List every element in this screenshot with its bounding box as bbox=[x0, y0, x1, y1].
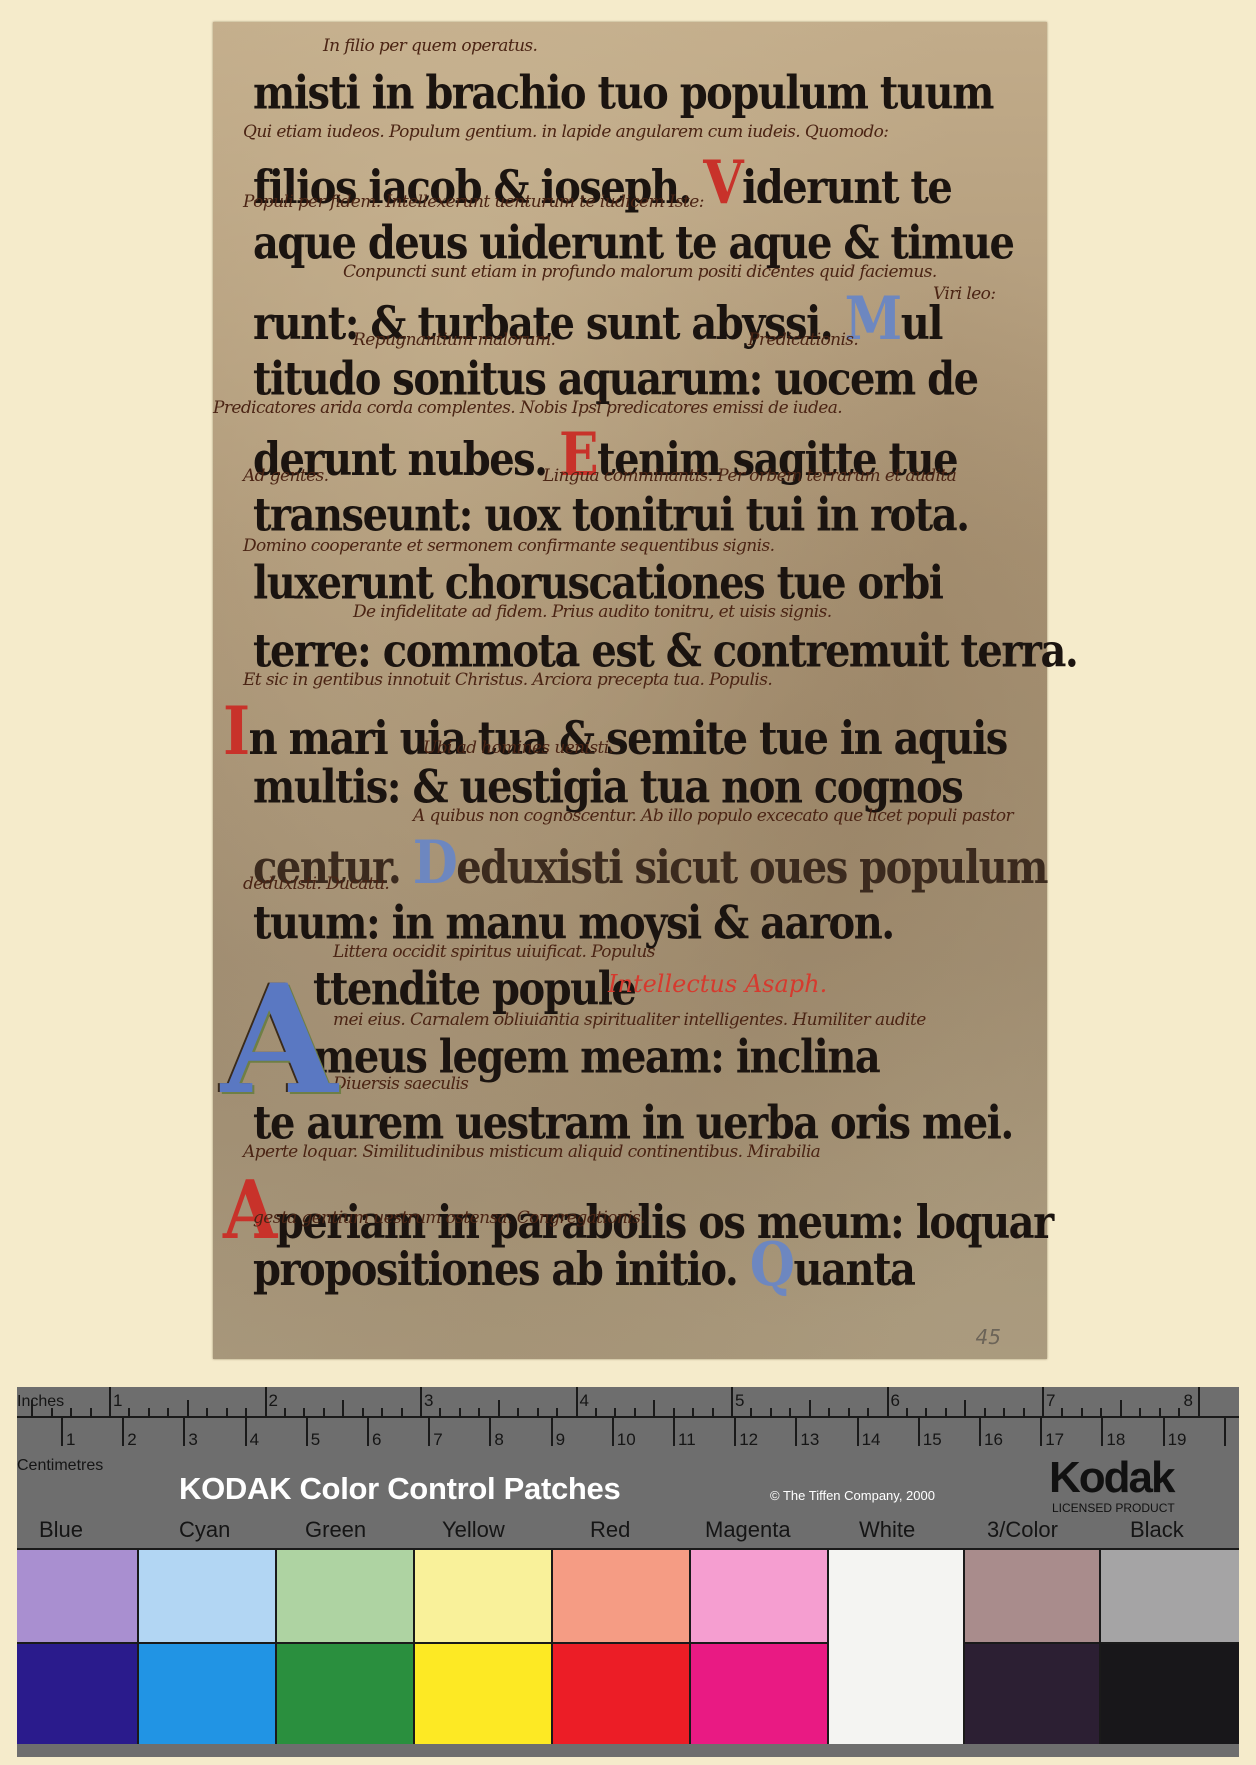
patch-light-3-color bbox=[965, 1550, 1101, 1644]
cm-tick bbox=[61, 1418, 63, 1446]
inch-tick bbox=[439, 1408, 441, 1416]
patch-dark-blue bbox=[17, 1644, 139, 1744]
cm-mark: 10 bbox=[617, 1430, 636, 1450]
patch-dark-cyan bbox=[139, 1644, 277, 1744]
red-initial: I bbox=[223, 692, 249, 770]
gloss-line: Diuersis saeculis bbox=[333, 1074, 1047, 1094]
gloss-line: De infidelitate ad fidem. Prius audito t… bbox=[353, 602, 1047, 622]
inch-tick bbox=[1003, 1408, 1005, 1416]
cm-tick bbox=[673, 1418, 675, 1446]
inch-mark: 6 bbox=[891, 1391, 900, 1411]
patch-label-red: Red bbox=[590, 1517, 630, 1543]
cm-mark: 8 bbox=[494, 1430, 503, 1450]
inch-tick bbox=[1100, 1408, 1102, 1416]
patch-label-green: Green bbox=[305, 1517, 366, 1543]
inch-tick bbox=[1159, 1408, 1161, 1416]
cm-tick bbox=[734, 1418, 736, 1446]
cm-tick bbox=[1101, 1418, 1103, 1446]
ruler: Inches Centimetres 123456781234567891011… bbox=[17, 1387, 1239, 1457]
inch-tick bbox=[576, 1387, 578, 1416]
gloss-line: Conpuncti sunt etiam in profundo malorum… bbox=[343, 262, 1047, 282]
cm-tick bbox=[1163, 1418, 1165, 1446]
text-line: In mari uia tua & semite tue in aquis bbox=[253, 692, 1047, 770]
patch-dark-green bbox=[277, 1644, 415, 1744]
cm-mark: 9 bbox=[556, 1430, 565, 1450]
cm-mark: 1 bbox=[66, 1430, 75, 1450]
cm-mark: 16 bbox=[984, 1430, 1003, 1450]
text-segment: propositiones ab initio. bbox=[253, 1243, 750, 1297]
cm-tick bbox=[979, 1418, 981, 1446]
gloss-line: mei eius. Carnalem obliuiantia spiritual… bbox=[333, 1010, 1047, 1030]
cm-mark: 7 bbox=[433, 1430, 442, 1450]
decorated-initial: Q bbox=[750, 1230, 794, 1300]
cm-mark: 13 bbox=[800, 1430, 819, 1450]
patch-dark-3-color bbox=[965, 1644, 1101, 1744]
cm-tick bbox=[122, 1418, 124, 1446]
patch-dark-white bbox=[829, 1642, 965, 1744]
cm-tick bbox=[367, 1418, 369, 1446]
cm-mark: 2 bbox=[127, 1430, 136, 1450]
inch-tick bbox=[323, 1408, 325, 1416]
inch-tick bbox=[187, 1400, 189, 1416]
ruler-axis bbox=[17, 1416, 1239, 1418]
inch-tick bbox=[109, 1387, 111, 1416]
cm-mark: 15 bbox=[923, 1430, 942, 1450]
gloss-line: In filio per quem operatus. bbox=[323, 36, 1047, 56]
inch-tick bbox=[1120, 1400, 1122, 1416]
inch-tick bbox=[634, 1408, 636, 1416]
inch-tick bbox=[556, 1408, 558, 1416]
patch-label-blue: Blue bbox=[39, 1517, 83, 1543]
inch-tick bbox=[673, 1408, 675, 1416]
inch-mark: 4 bbox=[580, 1391, 589, 1411]
gloss-line: Predicationis. bbox=[748, 330, 1047, 350]
inch-tick bbox=[964, 1400, 966, 1416]
gloss-line: Populi per fidem. Intellexerunt uenturum… bbox=[243, 192, 1047, 212]
illuminated-initial: A bbox=[221, 952, 337, 1128]
inch-tick bbox=[226, 1408, 228, 1416]
inch-tick bbox=[867, 1408, 869, 1416]
cm-mark: 17 bbox=[1045, 1430, 1064, 1450]
text-line: transeunt: uox tonitrui tui in rota. bbox=[253, 488, 1047, 542]
licensed-product-label: LICENSED PRODUCT bbox=[1052, 1501, 1175, 1515]
copyright: © The Tiffen Company, 2000 bbox=[770, 1488, 935, 1503]
inch-tick bbox=[731, 1387, 733, 1416]
cm-tick bbox=[857, 1418, 859, 1446]
inch-tick bbox=[381, 1408, 383, 1416]
cm-mark: 12 bbox=[739, 1430, 758, 1450]
patch-label-3-color: 3/Color bbox=[987, 1517, 1058, 1543]
inch-tick bbox=[265, 1387, 267, 1416]
inch-tick bbox=[1198, 1387, 1200, 1416]
inch-tick bbox=[206, 1408, 208, 1416]
dark-patch-row bbox=[17, 1642, 1239, 1744]
inch-mark: 8 bbox=[1184, 1391, 1193, 1411]
patch-light-cyan bbox=[139, 1550, 277, 1644]
gloss-line: A quibus non cognoscentur. Ab illo popul… bbox=[413, 806, 1047, 826]
gloss-line: Littera occidit spiritus uiuificat. Popu… bbox=[333, 942, 1047, 962]
text-line: misti in brachio tuo populum tuum bbox=[253, 66, 1047, 120]
patch-label-magenta: Magenta bbox=[705, 1517, 791, 1543]
inch-tick bbox=[459, 1408, 461, 1416]
text-segment: uanta bbox=[794, 1243, 915, 1297]
inch-tick bbox=[51, 1408, 53, 1416]
cm-tick bbox=[1040, 1418, 1042, 1446]
cm-tick bbox=[183, 1418, 185, 1446]
patch-light-green bbox=[277, 1550, 415, 1644]
inch-tick bbox=[848, 1408, 850, 1416]
inch-mark: 1 bbox=[113, 1391, 122, 1411]
inch-mark: 2 bbox=[269, 1391, 278, 1411]
inch-tick bbox=[498, 1400, 500, 1416]
inch-tick bbox=[1061, 1408, 1063, 1416]
patch-label-yellow: Yellow bbox=[442, 1517, 505, 1543]
inch-tick bbox=[70, 1408, 72, 1416]
cm-mark: 3 bbox=[188, 1430, 197, 1450]
cm-tick bbox=[1224, 1418, 1226, 1446]
cm-tick bbox=[918, 1418, 920, 1446]
inch-tick bbox=[1178, 1408, 1180, 1416]
cm-mark: 14 bbox=[862, 1430, 881, 1450]
cm-tick bbox=[489, 1418, 491, 1446]
patch-dark-black bbox=[1101, 1644, 1239, 1744]
inch-tick bbox=[245, 1408, 247, 1416]
patch-light-magenta bbox=[691, 1550, 829, 1644]
cm-mark: 4 bbox=[250, 1430, 259, 1450]
inch-tick bbox=[770, 1408, 772, 1416]
inch-tick bbox=[1042, 1387, 1044, 1416]
cm-tick bbox=[795, 1418, 797, 1446]
inch-tick bbox=[1023, 1408, 1025, 1416]
patch-light-white bbox=[829, 1550, 965, 1644]
patch-label-black: Black bbox=[1130, 1517, 1184, 1543]
gloss-line: Aperte loquar. Similitudinibus misticum … bbox=[243, 1142, 1047, 1162]
inch-tick bbox=[1081, 1408, 1083, 1416]
patch-dark-red bbox=[553, 1644, 691, 1744]
kodak-color-card: Inches Centimetres 123456781234567891011… bbox=[17, 1387, 1239, 1757]
inch-tick bbox=[284, 1408, 286, 1416]
cm-tick bbox=[245, 1418, 247, 1446]
kodak-logo: Kodak bbox=[1049, 1453, 1173, 1503]
inch-tick bbox=[31, 1400, 33, 1416]
inch-tick bbox=[925, 1408, 927, 1416]
patch-light-blue bbox=[17, 1550, 139, 1644]
inch-tick bbox=[420, 1387, 422, 1416]
inch-tick bbox=[750, 1408, 752, 1416]
centimetres-label: Centimetres bbox=[17, 1457, 103, 1475]
cm-tick bbox=[306, 1418, 308, 1446]
gloss-line: Qui etiam iudeos. Populum gentium. in la… bbox=[243, 122, 1047, 142]
inch-tick bbox=[906, 1408, 908, 1416]
patch-label-white: White bbox=[859, 1517, 915, 1543]
inch-tick bbox=[401, 1408, 403, 1416]
inch-tick bbox=[537, 1408, 539, 1416]
inch-tick bbox=[692, 1408, 694, 1416]
inch-tick bbox=[148, 1408, 150, 1416]
gloss-line: Et sic in gentibus innotuit Christus. Ar… bbox=[243, 670, 1047, 690]
inch-mark: 3 bbox=[424, 1391, 433, 1411]
inch-tick bbox=[789, 1408, 791, 1416]
cm-tick bbox=[612, 1418, 614, 1446]
inches-label: Inches bbox=[17, 1393, 64, 1411]
inch-tick bbox=[614, 1408, 616, 1416]
inch-tick bbox=[809, 1400, 811, 1416]
rubric-title: Intellectus Asaph. bbox=[608, 970, 1047, 998]
inch-mark: 7 bbox=[1046, 1391, 1055, 1411]
inch-tick bbox=[712, 1408, 714, 1416]
inch-tick bbox=[303, 1408, 305, 1416]
cm-tick bbox=[551, 1418, 553, 1446]
text-line: propositiones ab initio. Quanta bbox=[253, 1230, 1047, 1300]
inch-tick bbox=[128, 1408, 130, 1416]
light-patch-row bbox=[17, 1548, 1239, 1644]
inch-tick bbox=[945, 1408, 947, 1416]
patch-dark-yellow bbox=[415, 1644, 553, 1744]
inch-tick bbox=[90, 1408, 92, 1416]
inch-tick bbox=[362, 1408, 364, 1416]
patch-label-cyan: Cyan bbox=[179, 1517, 230, 1543]
folio-number: 45 bbox=[976, 1325, 1001, 1349]
inch-tick bbox=[517, 1408, 519, 1416]
patch-light-yellow bbox=[415, 1550, 553, 1644]
inch-tick bbox=[828, 1408, 830, 1416]
cm-mark: 19 bbox=[1168, 1430, 1187, 1450]
inch-tick bbox=[167, 1408, 169, 1416]
inch-tick bbox=[887, 1387, 889, 1416]
inch-tick bbox=[653, 1400, 655, 1416]
gloss-line: deduxisti. Ducatu. bbox=[243, 874, 1047, 894]
cm-mark: 18 bbox=[1106, 1430, 1125, 1450]
gloss-line: Domino cooperante et sermonem confirmant… bbox=[243, 536, 1047, 556]
patch-light-red bbox=[553, 1550, 691, 1644]
gloss-line: Predicatores arida corda complentes. Nob… bbox=[213, 398, 1047, 418]
gloss-line: Ubi ad homines uenisti. bbox=[423, 738, 1047, 758]
inch-mark: 5 bbox=[735, 1391, 744, 1411]
cm-mark: 6 bbox=[372, 1430, 381, 1450]
patch-light-black bbox=[1101, 1550, 1239, 1644]
cm-tick bbox=[428, 1418, 430, 1446]
inch-tick bbox=[478, 1408, 480, 1416]
manuscript-leaf: 45 In filio per quem operatus.misti in b… bbox=[213, 22, 1047, 1359]
patch-dark-magenta bbox=[691, 1644, 829, 1744]
gloss-line: gesta gentium uestrum ostensa. Congregat… bbox=[253, 1208, 1047, 1228]
inch-tick bbox=[342, 1400, 344, 1416]
gloss-line: Lingua comminantis. Per orbem terrarum e… bbox=[543, 466, 1047, 486]
inch-tick bbox=[595, 1408, 597, 1416]
card-title: KODAK Color Control Patches bbox=[179, 1471, 620, 1507]
inch-tick bbox=[1139, 1408, 1141, 1416]
inch-tick bbox=[984, 1408, 986, 1416]
cm-mark: 11 bbox=[678, 1430, 696, 1450]
cm-mark: 5 bbox=[311, 1430, 320, 1450]
